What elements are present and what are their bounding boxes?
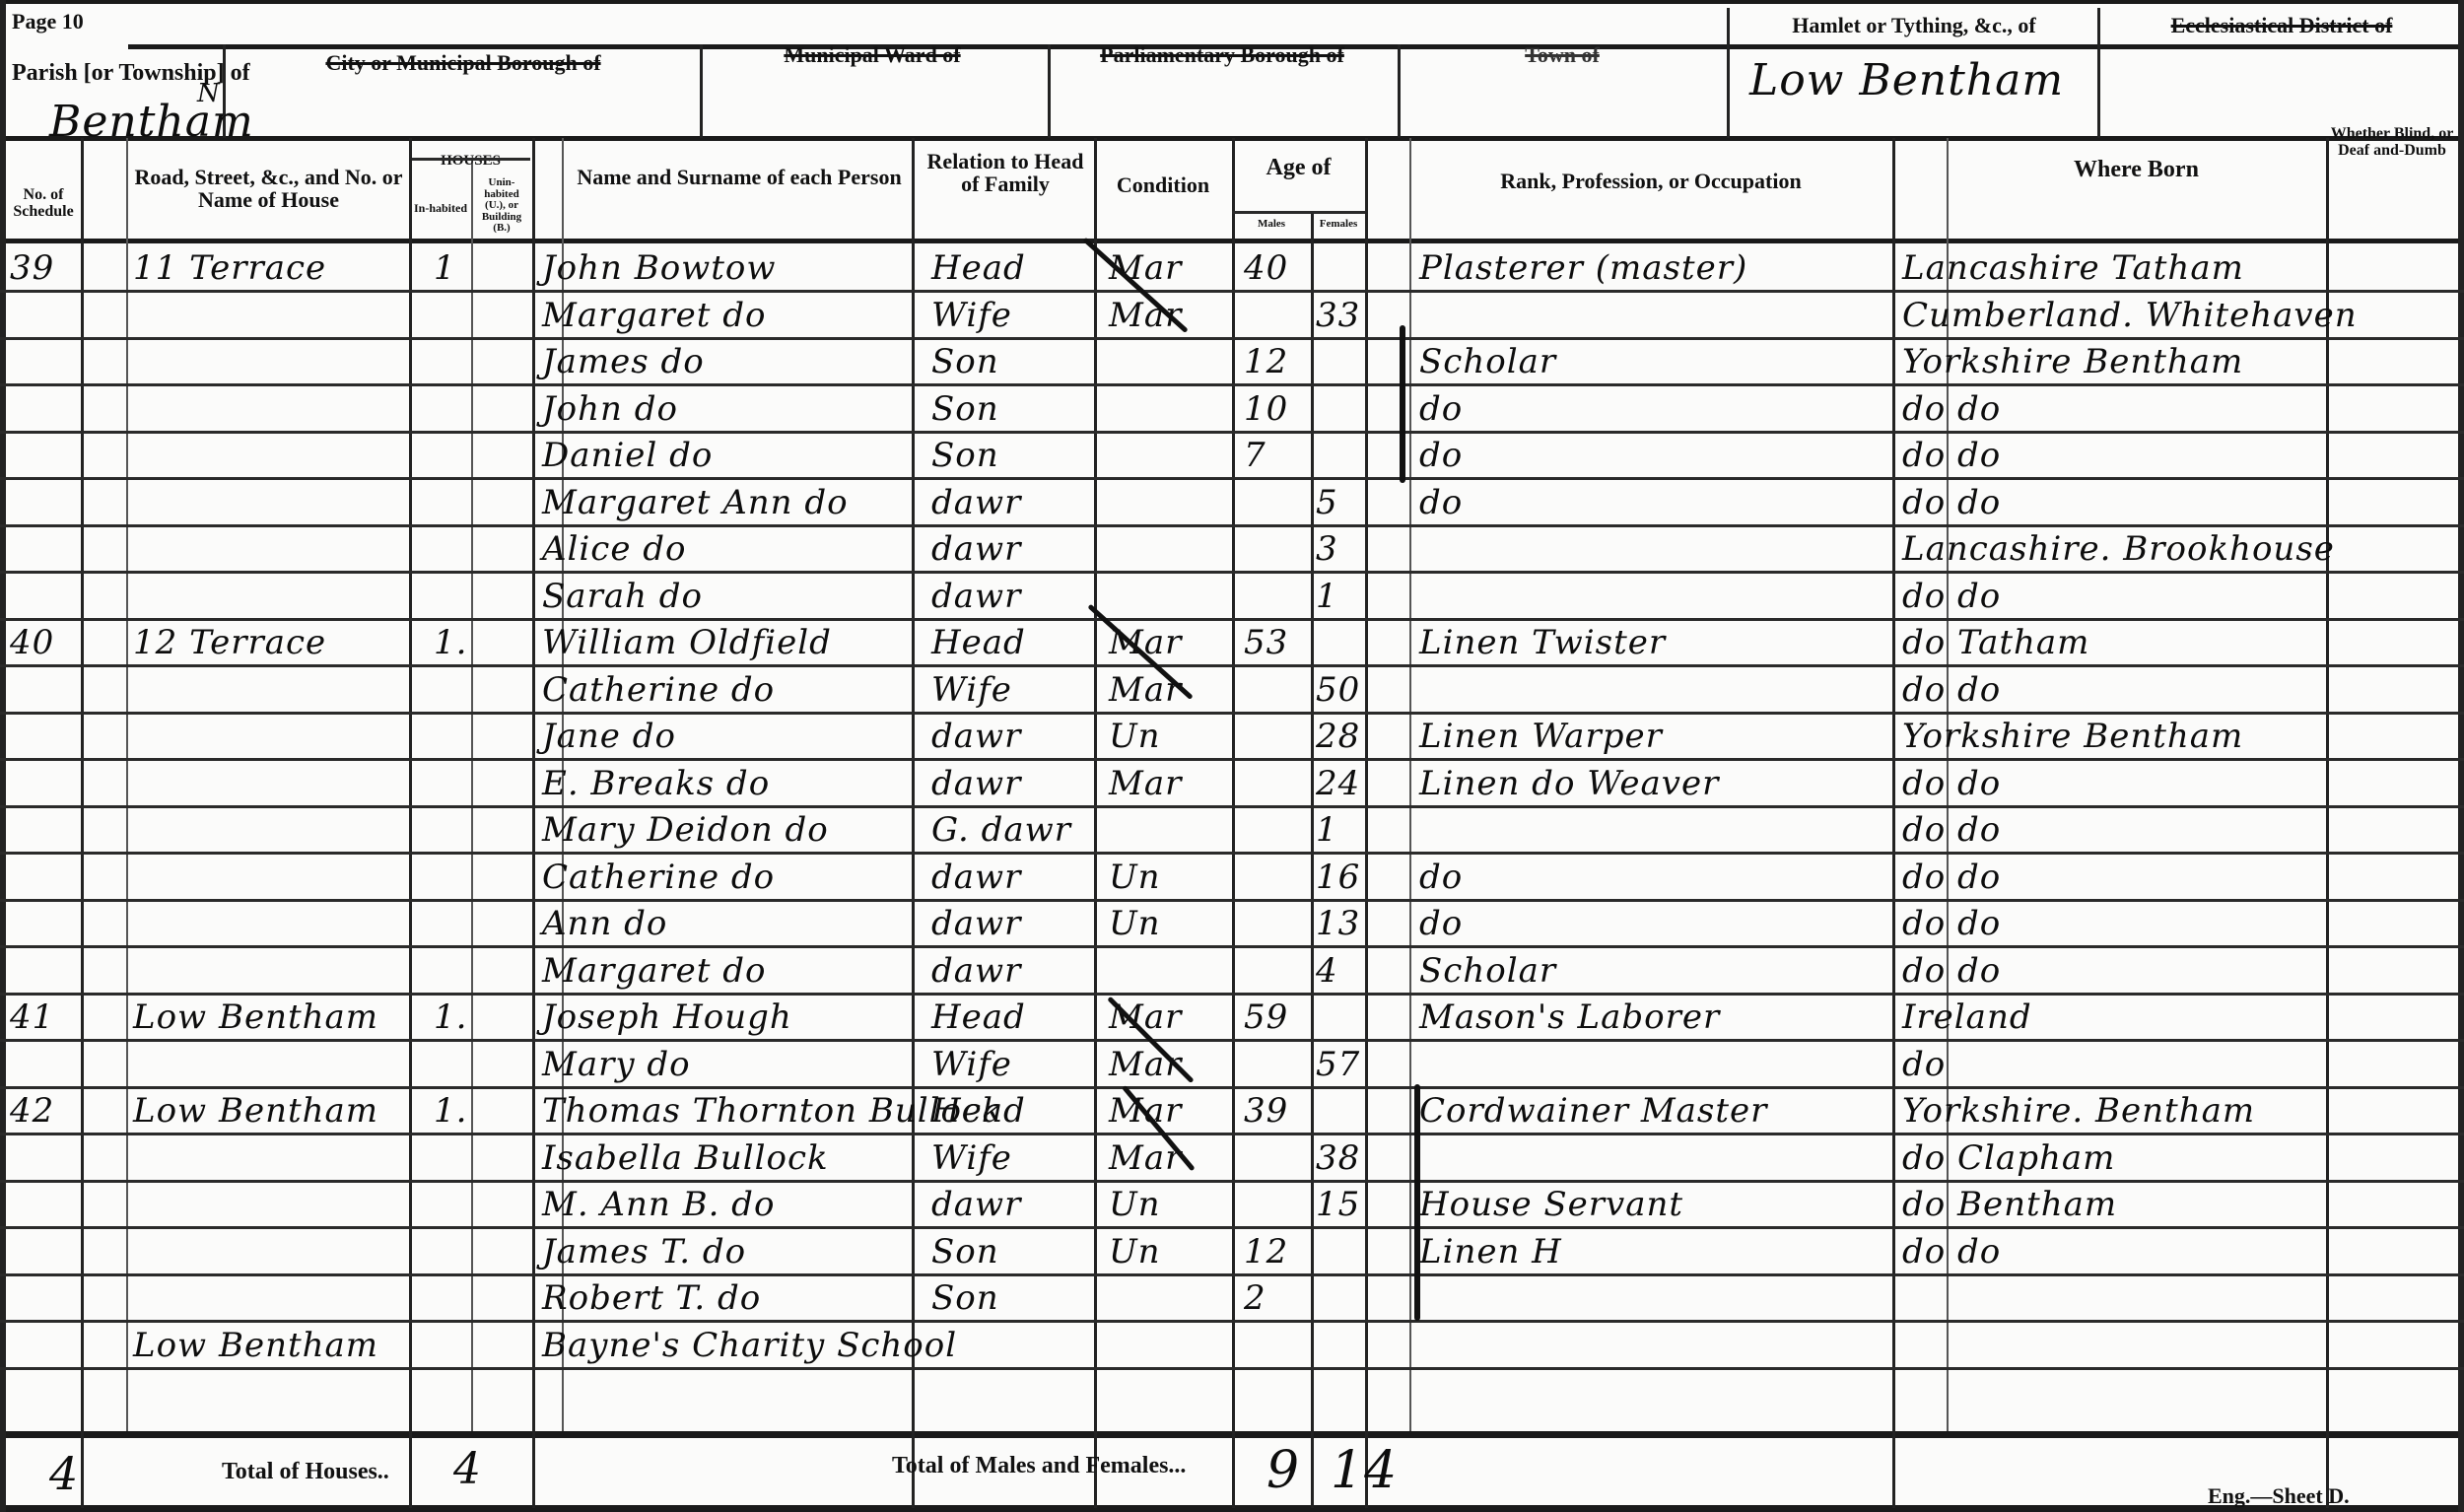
relation: Wife [931,296,1012,335]
occupation: Plasterer (master) [1419,248,1747,288]
relation: Wife [931,1138,1012,1178]
occupation: Linen Warper [1419,717,1663,756]
table-row: John doSon10dodo do [0,387,2464,435]
relation: dawr [931,764,1021,803]
relation: G. dawr [931,810,1071,850]
birthplace: do do [1902,436,2001,475]
occupation: Scholar [1419,951,1556,991]
person-name: Alice do [542,529,687,569]
person-name: William Oldfield [542,623,832,662]
age-male: 7 [1244,436,1266,475]
relation: dawr [931,1185,1021,1224]
table-row: James doSon12ScholarYorkshire Bentham [0,340,2464,387]
age-male: 12 [1244,1232,1288,1271]
age-male: 12 [1244,342,1288,381]
birthplace: do do [1902,764,2001,803]
hamlet-label: Hamlet or Tything, &c., of [1737,14,2091,36]
ward-label: Municipal Ward of [710,43,1035,66]
birthplace: do do [1902,951,2001,991]
birthplace: do do [1902,904,2001,943]
table-row: Isabella BullockWifeMar38do Clapham [0,1136,2464,1184]
table-row: Daniel doSon7dodo do [0,434,2464,481]
relation: Head [931,248,1026,288]
inhabited-count: 1. [434,1091,467,1131]
age-female: 57 [1316,1045,1360,1084]
total-persons-label: Total of Males and Females... [892,1453,1186,1479]
col-road: Road, Street, &c., and No. or Name of Ho… [128,166,409,211]
birthplace: do Tatham [1902,623,2089,662]
birthplace: Yorkshire. Bentham [1902,1091,2255,1131]
occupation: Mason's Laborer [1419,997,1720,1037]
col-condition: Condition [1094,173,1232,196]
age-female: 28 [1316,717,1360,756]
condition: Un [1109,1185,1161,1224]
person-name: Margaret Ann do [542,483,849,522]
table-row: Alice dodawr3Lancashire. Brookhouse [0,527,2464,575]
relation: Wife [931,670,1012,710]
table-row: James T. doSonUn12Linen Hdo do [0,1230,2464,1277]
table-row: Jane dodawrUn28Linen WarperYorkshire Ben… [0,715,2464,762]
total-females: 14 [1331,1441,1398,1500]
relation: Son [931,389,999,429]
occupation: Cordwainer Master [1419,1091,1767,1131]
table-row: 3911 Terrace1John BowtowHeadMar40Plaster… [0,246,2464,294]
condition: Un [1109,858,1161,897]
person-name: Catherine do [542,858,775,897]
occupation: Linen H [1419,1232,1562,1271]
relation: Son [931,436,999,475]
person-name: Robert T. do [542,1278,761,1318]
occupation: do [1419,904,1463,943]
occupation: Linen do Weaver [1419,764,1719,803]
schedule-number: 41 [10,997,54,1037]
age-male: 40 [1244,248,1288,288]
total-males: 9 [1266,1441,1300,1500]
road-name: Low Bentham [133,997,378,1037]
parliamentary-label: Parliamentary Borough of [1055,43,1390,66]
relation: Son [931,1232,999,1271]
col-inhabited: In-habited [412,202,469,215]
city-label: City or Municipal Borough of [237,51,690,74]
table-row: 41Low Bentham1.Joseph HoughHeadMar59Maso… [0,996,2464,1043]
relation: Son [931,342,999,381]
person-name: Ann do [542,904,667,943]
person-name: Margaret do [542,951,766,991]
birthplace: Ireland [1902,997,2032,1037]
table-row: 42Low Bentham1.Thomas Thornton BullockHe… [0,1089,2464,1136]
col-born: Where Born [1947,158,2326,182]
occupation-bracket [1400,325,1405,483]
occupation-bracket [1414,1084,1420,1321]
table-row: Low BenthamBayne's Charity School [0,1324,2464,1371]
age-male: 10 [1244,389,1288,429]
occupation: Scholar [1419,342,1556,381]
condition: Un [1109,904,1161,943]
birthplace: do Bentham [1902,1185,2117,1224]
col-blind: Whether Blind, or Deaf and-Dumb [2328,126,2456,160]
relation: Head [931,997,1026,1037]
age-female: 16 [1316,858,1360,897]
schedule-number: 40 [10,623,54,662]
person-name: John do [542,389,678,429]
person-name: James T. do [542,1232,746,1271]
person-name: Bayne's Charity School [542,1326,957,1365]
schedules-count: 4 [49,1447,79,1500]
age-male: 39 [1244,1091,1288,1131]
ecclesiastical-label: Ecclesiastical District of [2109,14,2454,36]
age-female: 4 [1316,951,1338,991]
relation: Wife [931,1045,1012,1084]
person-name: Daniel do [542,436,713,475]
town-label: Town of [1409,43,1715,66]
relation: dawr [931,904,1021,943]
road-name: 12 Terrace [133,623,326,662]
birthplace: do do [1902,670,2001,710]
col-houses: HOUSES [409,154,532,170]
table-row: Mary doWifeMar57do [0,1043,2464,1090]
birthplace: Cumberland. Whitehaven [1902,296,2358,335]
birthplace: do [1902,1045,1946,1084]
relation: dawr [931,529,1021,569]
occupation: do [1419,483,1463,522]
birthplace: do Clapham [1902,1138,2115,1178]
relation: dawr [931,483,1021,522]
age-male: 53 [1244,623,1288,662]
person-name: Jane do [542,717,676,756]
col-females: Females [1313,219,1364,231]
birthplace: do do [1902,1232,2001,1271]
row-rule [0,1367,2464,1370]
person-name: Sarah do [542,577,703,616]
person-name: Margaret do [542,296,766,335]
person-name: James do [542,342,705,381]
table-row: Catherine doWifeMar50do do [0,668,2464,716]
condition: Un [1109,1232,1161,1271]
age-male: 2 [1244,1278,1266,1318]
table-row: E. Breaks dodawrMar24Linen do Weaverdo d… [0,762,2464,809]
person-name: M. Ann B. do [542,1185,775,1224]
inhabited-count: 1 [434,248,456,288]
col-occupation: Rank, Profession, or Occupation [1409,170,1892,192]
birthplace: do do [1902,389,2001,429]
age-female: 5 [1316,483,1338,522]
col-males: Males [1234,219,1309,231]
condition: Mar [1109,764,1182,803]
relation: dawr [931,858,1021,897]
person-name: Mary do [542,1045,691,1084]
table-row: Margaret dodawr4Scholardo do [0,949,2464,997]
occupation: do [1419,389,1463,429]
relation: dawr [931,951,1021,991]
birthplace: do do [1902,810,2001,850]
table-row: Catherine dodawrUn16dodo do [0,856,2464,903]
occupation: House Servant [1419,1185,1683,1224]
table-row: Margaret Ann dodawr5dodo do [0,481,2464,528]
table-row: Robert T. doSon2 [0,1276,2464,1324]
table-row: Mary Deidon doG. dawr1do do [0,808,2464,856]
age-female: 38 [1316,1138,1360,1178]
schedule-number: 42 [10,1091,54,1131]
person-name: Catherine do [542,670,775,710]
page-label: Page 10 [12,10,84,33]
total-houses-value: 4 [453,1444,482,1494]
person-name: John Bowtow [542,248,777,288]
age-female: 24 [1316,764,1360,803]
relation: Son [931,1278,999,1318]
col-relation: Relation to Head of Family [917,150,1094,195]
condition: Un [1109,717,1161,756]
birthplace: Lancashire. Brookhouse [1902,529,2335,569]
birthplace: do do [1902,577,2001,616]
birthplace: do do [1902,858,2001,897]
parish-note: N [197,79,221,108]
occupation: Linen Twister [1419,623,1666,662]
table-row: 4012 Terrace1.William OldfieldHeadMar53L… [0,621,2464,668]
occupation: do [1419,436,1463,475]
total-houses-label: Total of Houses.. [222,1459,389,1485]
road-name: 11 Terrace [133,248,326,288]
age-male: 59 [1244,997,1288,1037]
table-row: Sarah dodawr1do do [0,575,2464,622]
birthplace: do do [1902,483,2001,522]
birthplace: Yorkshire Bentham [1902,342,2243,381]
age-female: 1 [1316,577,1338,616]
hamlet-value: Low Bentham [1749,55,2064,105]
relation: dawr [931,577,1021,616]
col-age: Age of [1232,156,1365,180]
birthplace: Yorkshire Bentham [1902,717,2243,756]
table-row: Margaret doWifeMar33Cumberland. Whitehav… [0,294,2464,341]
person-name: Isabella Bullock [542,1138,829,1178]
road-name: Low Bentham [133,1091,378,1131]
road-name: Low Bentham [133,1326,378,1365]
col-uninhabited: Unin-habited (U.), or Building (B.) [473,177,530,235]
sheet-ref: Eng.—Sheet D. [2208,1483,2350,1509]
table-row: M. Ann B. dodawrUn15House Servantdo Bent… [0,1183,2464,1230]
inhabited-count: 1. [434,623,467,662]
age-female: 1 [1316,810,1338,850]
person-name: Mary Deidon do [542,810,829,850]
relation: Head [931,1091,1026,1131]
age-female: 50 [1316,670,1360,710]
relation: dawr [931,717,1021,756]
person-name: Joseph Hough [542,997,792,1037]
relation: Head [931,623,1026,662]
age-female: 15 [1316,1185,1360,1224]
col-name: Name and Surname of each Person [567,166,912,188]
census-sheet: Page 10 Parish [or Township] of Bentham … [0,0,2464,1512]
inhabited-count: 1. [434,997,467,1037]
schedule-number: 39 [10,248,54,288]
table-row: Ann dodawrUn13dodo do [0,902,2464,949]
age-female: 13 [1316,904,1360,943]
person-name: E. Breaks do [542,764,770,803]
age-female: 33 [1316,296,1360,335]
birthplace: Lancashire Tatham [1902,248,2244,288]
age-female: 3 [1316,529,1338,569]
col-schedule: No. of Schedule [6,187,81,221]
occupation: do [1419,858,1463,897]
